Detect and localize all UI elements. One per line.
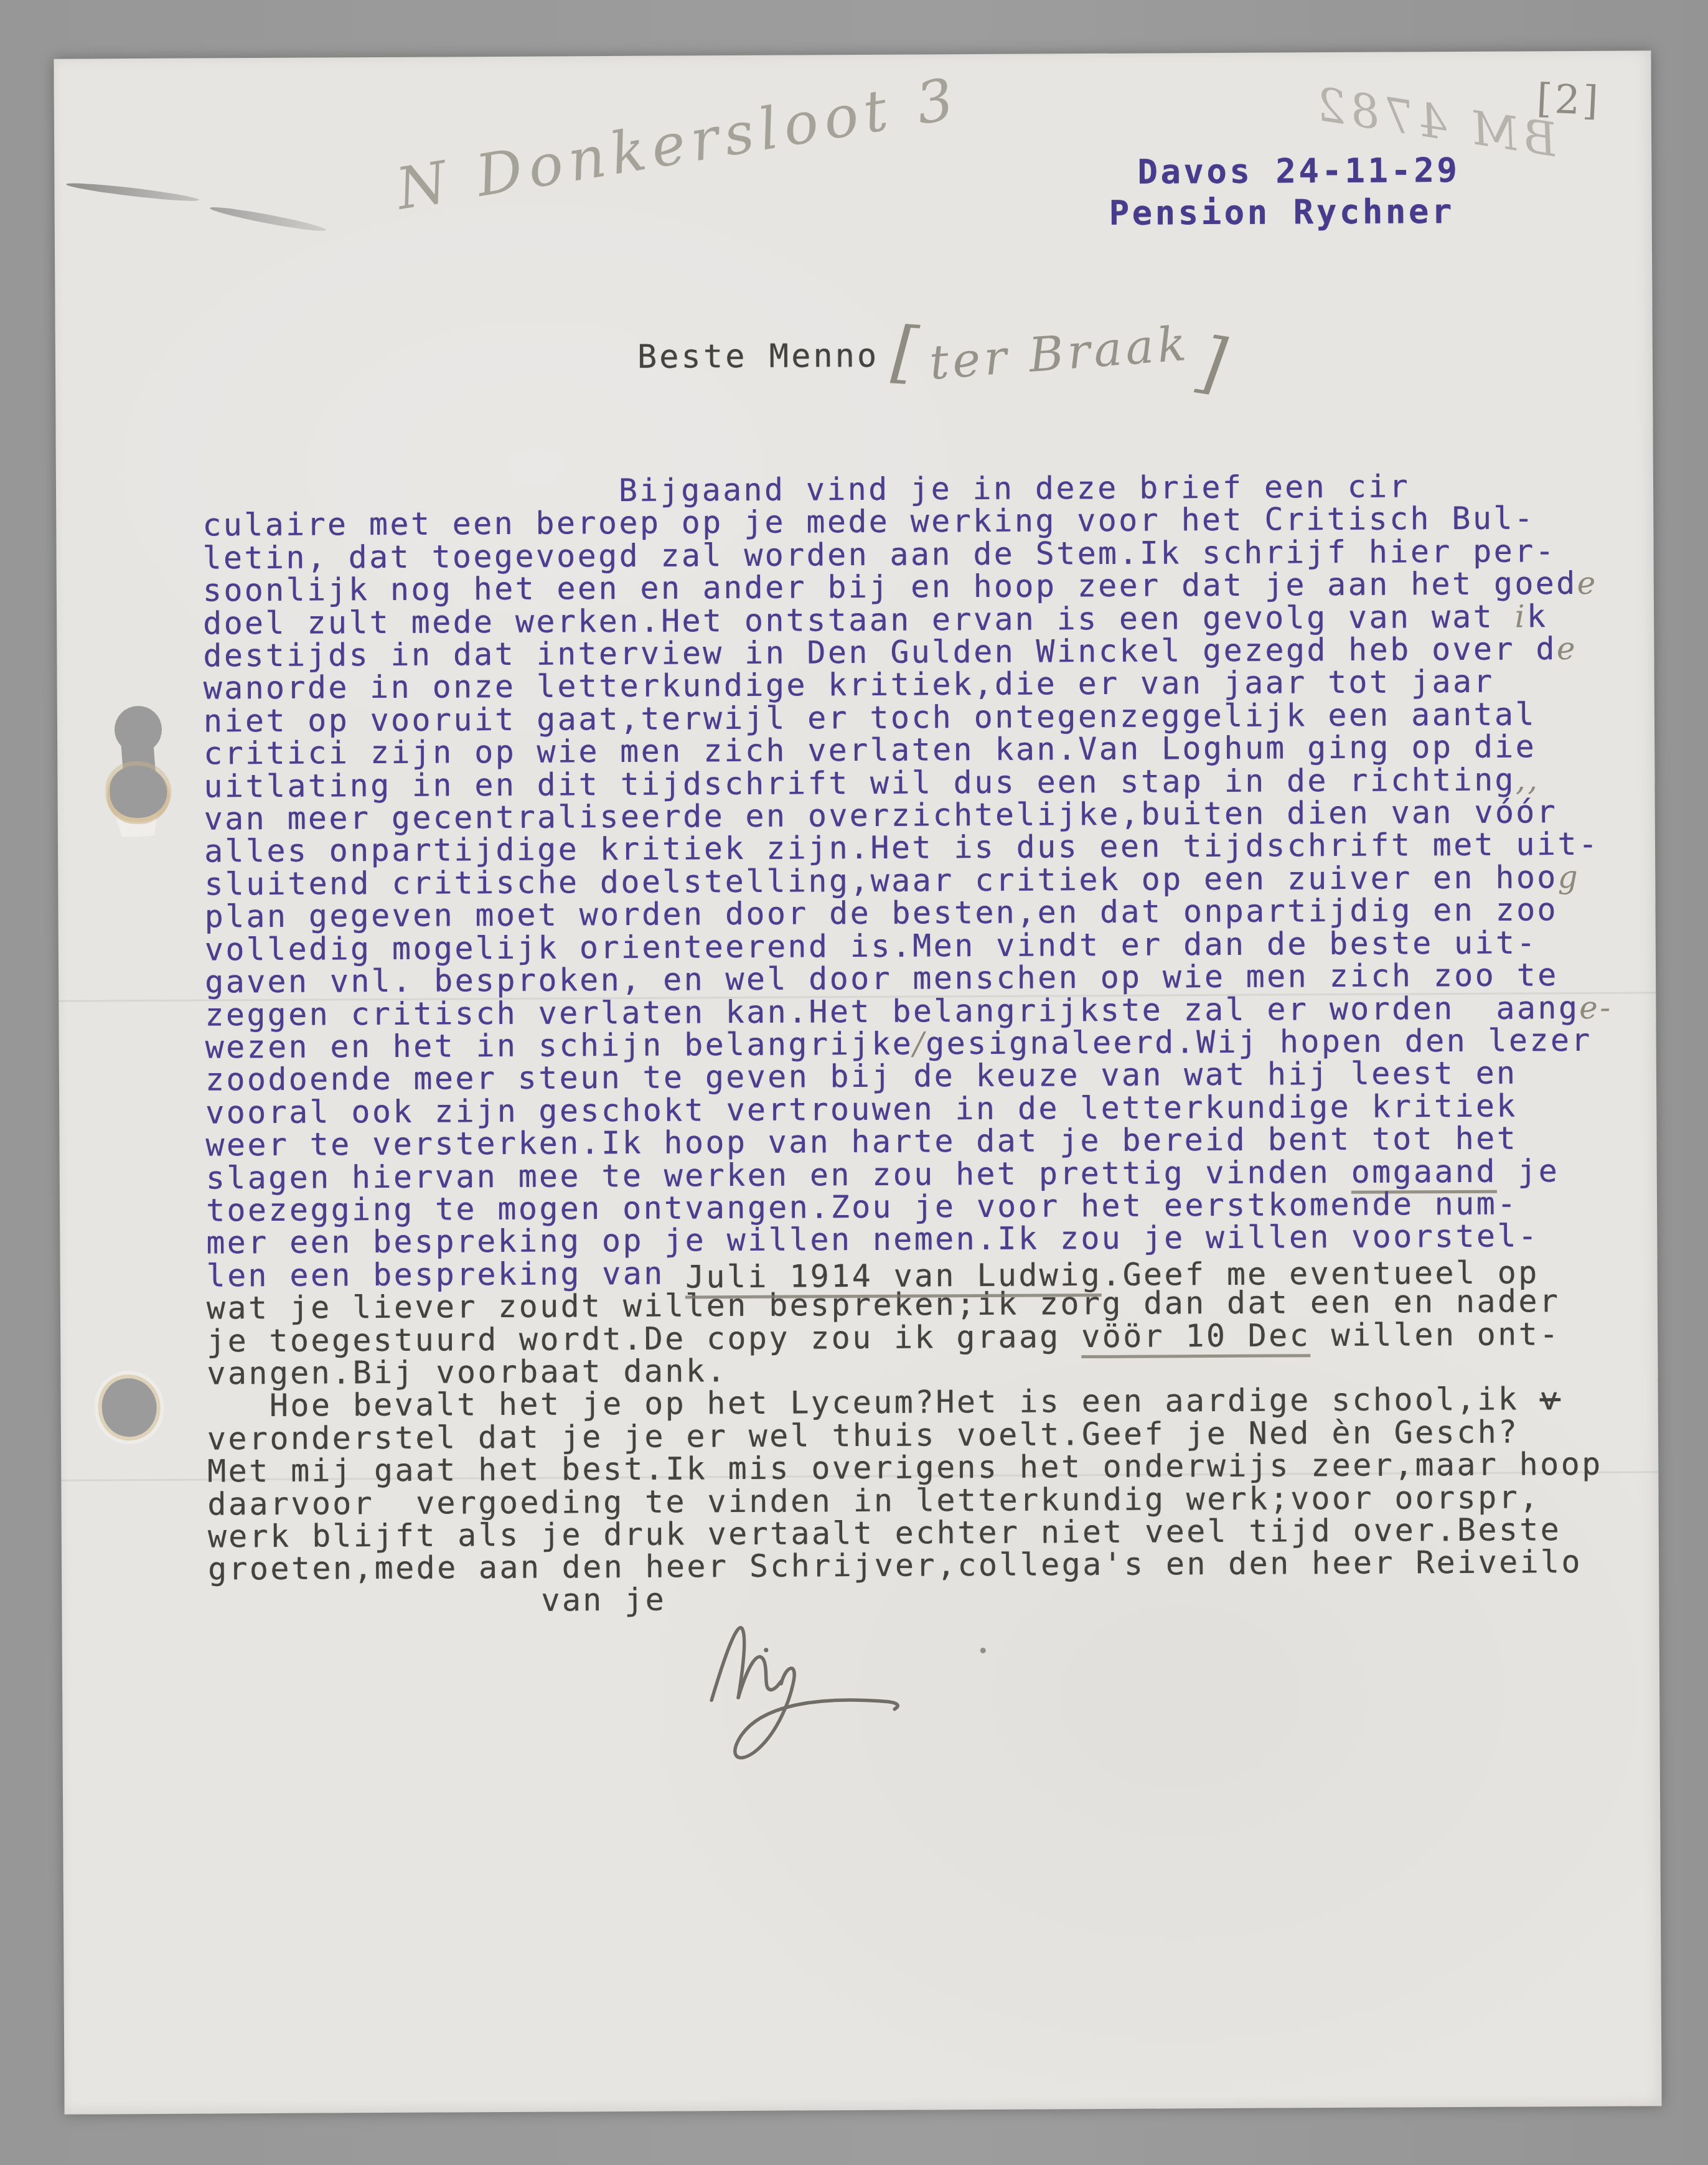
letter-line: groeten,mede aan den heer Schrijver,coll… (208, 1546, 1664, 1586)
archivist-name-annotation: N Donkersloot 3 (392, 65, 964, 222)
text-segment: g (1558, 859, 1580, 895)
pencil-dot (980, 1648, 986, 1653)
pencil-smudge (209, 204, 327, 234)
letter-page: N Donkersloot 3 [2] BM 4782 Davos 24-11-… (54, 50, 1661, 2114)
recipient-name-annotation: ter Braak (927, 316, 1191, 390)
text-segment: k (1527, 598, 1548, 634)
signature-nico (675, 1592, 969, 1786)
text-segment: e- (1579, 989, 1612, 1025)
pencil-bracket-close: ] (1193, 322, 1234, 404)
text-segment: ,, (1516, 761, 1540, 797)
place-date: Davos 24-11-29 (1137, 151, 1460, 192)
text-segment: e (1557, 631, 1577, 667)
text-segment: willen ont- (1310, 1316, 1560, 1353)
text-segment: i (1514, 598, 1527, 634)
punch-hole-torn (110, 766, 167, 818)
text-segment: .Geef me eventueel op (1102, 1254, 1539, 1293)
salutation-text: Beste Menno (637, 337, 880, 376)
text-segment: e (1577, 565, 1598, 601)
text-segment: Juli 1914 van Ludwig (685, 1257, 1102, 1299)
address: Pension Rychner (1109, 191, 1460, 234)
text-segment: van je (541, 1581, 666, 1618)
pencil-bracket-open: [ (889, 312, 923, 392)
letter-line: len een bespreking van Juli 1914 van Lud… (206, 1252, 1663, 1292)
letter-line: je toegestuurd wordt.De copy zou ik graa… (207, 1317, 1663, 1358)
text-segment: / (913, 1025, 926, 1061)
text-segment: je (1497, 1153, 1560, 1190)
letterhead: Davos 24-11-29Pension Rychner (1137, 150, 1460, 234)
letter-body: Bijgaand vind je in deze brief een circu… (202, 469, 1665, 1618)
punch-hole (101, 1378, 156, 1437)
text-segment: groeten,mede aan den heer Schrijver,coll… (208, 1544, 1582, 1587)
text-segment: v (1539, 1381, 1560, 1417)
text-segment: vöör 10 Dec (1081, 1317, 1310, 1358)
pencil-smudge (65, 181, 199, 204)
salutation-line: Beste Menno [ter Braak] (637, 303, 1227, 384)
